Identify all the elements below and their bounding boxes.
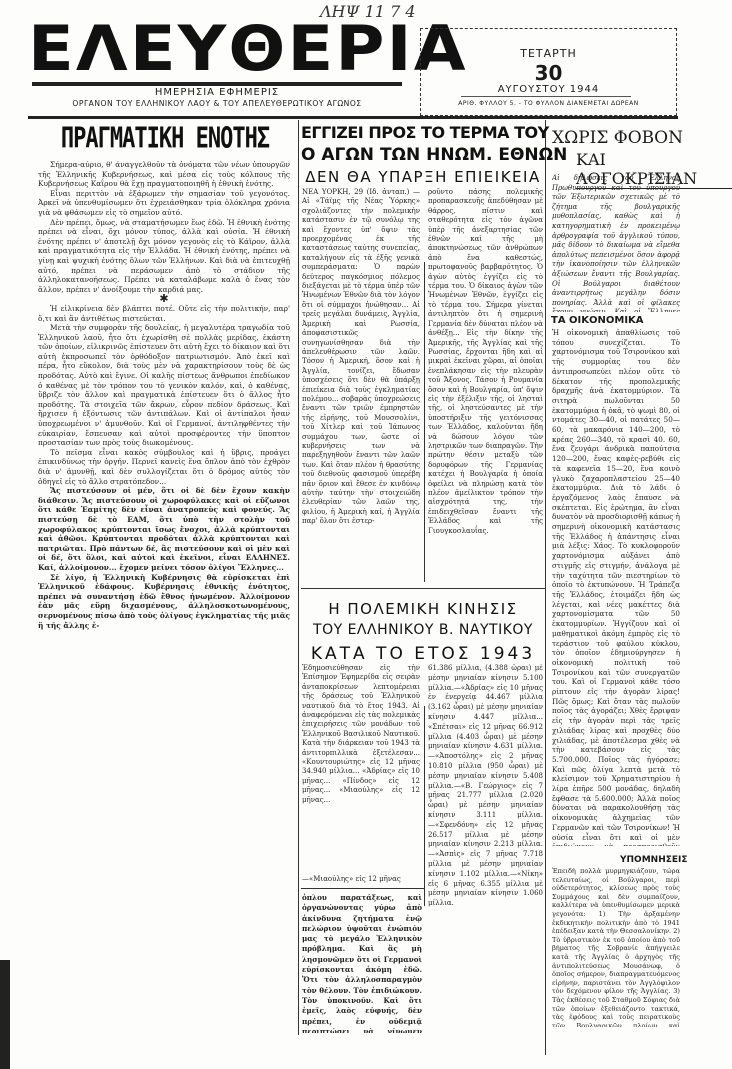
naval-col2: 61.386 μίλλια, (4.388 ὧραι) μὲ μέσην μην… [428, 664, 543, 1034]
article-separator [301, 588, 545, 589]
day-number: 30 [421, 61, 676, 85]
right-intro: Αἱ δηλώσεις τοῦ Ἕλληνος Πρωθυπουργοῦ καὶ… [552, 174, 680, 312]
scan-edge-shadow [0, 960, 10, 1069]
reminders-section-title: ΥΠΟΜΝΗΣΕΙΣ [620, 855, 688, 865]
paragraph: Ἄς πιστεύσουν οἱ μέν, ὅτι οἱ δὲ δὲν ἔχου… [38, 486, 290, 572]
weekday: ΤΕΤΑΡΤΗ [421, 47, 676, 60]
naval-headline-line1: Η ΠΟΛΕΜΙΚΗ ΚΙΝΗΣΙΣ [301, 600, 545, 618]
newspaper-tagline: ΟΡΓΑΝΟΝ ΤΟΥ ΕΛΛΗΝΙΚΟΥ ΛΑΟΥ & ΤΟΥ ΑΠΕΛΕΥΘ… [32, 99, 402, 108]
paragraph: Ἡ εἰλικρίνεια δὲν βλάπτει ποτέ. Οὔτε εἰς… [38, 304, 290, 323]
center-headline-line2: Ο ΑΓΩΝ ΤΩΝ ΗΝΩΜ. ΕΘΝΩΝ [301, 145, 545, 165]
center-top-col2: ροῦντο πάσης πολεμικῆς προπαρασκευῆς ἀπε… [428, 188, 543, 583]
issue-line: ΑΡΙΘ. ΦΥΛΛΟΥ 5. - ΤΟ ΦΥΛΛΟΝ ΔΙΑΝΕΜΕΤΑΙ Δ… [421, 100, 676, 107]
masthead-rule [32, 82, 402, 86]
naval-col1: Ἐδημοσιεύθησαν εἰς τὴν Ἐπίσημον Ἐφημερίδ… [302, 664, 420, 876]
paragraph: Μετὰ τὴν συμφορὰν τῆς δουλείας, ἡ μεγαλυ… [38, 323, 290, 448]
column-divider [298, 120, 299, 1035]
left-article-headline: ΠΡΑΓΜΑΤΙΚΗ ΕΝΟΤΗΣ [40, 123, 290, 156]
column-divider [424, 262, 425, 582]
center-headline-line1: ΕΓΓΙΖΕΙ ΠΡΟΣ ΤΟ ΤΕΡΜΑ ΤΟΥ [301, 123, 545, 142]
reminders-section-body: Ἐπειδὴ πολλὰ μυρμηγκιάζουν, τώρα τελευτα… [552, 867, 680, 1027]
article-separator [301, 888, 424, 889]
column-divider [545, 120, 546, 1055]
paragraph: Εἶναι περιττὸν νὰ ἐξάρωμεν τὴν σημασίαν … [38, 189, 290, 218]
center-headline-line3: ΔΕΝ ΘΑ ΥΠΑΡΞΗ ΕΠΙΕΙΚΕΙΑ [301, 168, 545, 186]
section-star: ✱ [38, 294, 290, 304]
naval-headline-line2: ΤΟΥ ΕΛΛΗΝΙΚΟΥ Β. ΝΑΥΤΙΚΟΥ [301, 622, 545, 638]
paragraph: Δὲν πρέπει, ὅμως, νὰ σταματήσωμεν ἕως ἐδ… [38, 218, 290, 295]
paragraph: Τὸ πεῖσμα εἶναι κακὸς σύμβουλος καὶ ἡ ὕβ… [38, 448, 290, 486]
masthead-bottom-rule [28, 116, 678, 119]
left-article-continuation: ὁπλου παρατάξεως, καὶ ὀργανώνοντας γύρω … [302, 893, 422, 1033]
right-headline-line1: ΧΩΡΙΣ ΦΟΒΟΝ [552, 128, 683, 148]
center-top-col1: ΝΕΑ ΥΟΡΚΗ, 29 (Ιδ. ἀνταπ.) — Αἱ «Τάϊμς τ… [302, 188, 420, 583]
naval-headline-line3: ΚΑΤΑ ΤΟ ΕΤΟΣ 1943 [301, 644, 545, 664]
naval-col1-end: —«Μιαούλης» εἰς 12 μῆνας [302, 875, 420, 885]
date-box: ΤΕΤΑΡΤΗ 30 ΑΥΓΟΥΣΤΟΥ 1944 ΑΡΙΘ. ΦΥΛΛΟΥ 5… [420, 28, 677, 116]
paragraph: Σὲ λίγο, ἡ Ἑλληνικὴ Κυβέρνησις θὰ εὑρίσκ… [38, 573, 290, 631]
newspaper-subtitle: ΗΜΕΡΗΣΙΑ ΕΦΗΜΕΡΙΣ [32, 87, 402, 98]
economics-section-title: ΤΑ ΟΙΚΟΝΟΜΙΚΑ [551, 315, 644, 326]
month-year: ΑΥΓΟΥΣΤΟΥ 1944 [421, 84, 676, 95]
newspaper-title: ΕΛΕΥΘΕΡΙΑ [28, 18, 433, 80]
economics-section-body: Ἡ οἰκονομικὴ ἀπαθλίωσις τοῦ τόπου συνεχί… [552, 328, 680, 846]
column-divider [424, 706, 425, 906]
date-rule [461, 96, 631, 97]
left-article-body: Σήμερα-αύριο, θ' άναγγελθοῦν τὰ ὀνόματα … [38, 160, 290, 1030]
paragraph: Σήμερα-αύριο, θ' άναγγελθοῦν τὰ ὀνόματα … [38, 160, 290, 189]
